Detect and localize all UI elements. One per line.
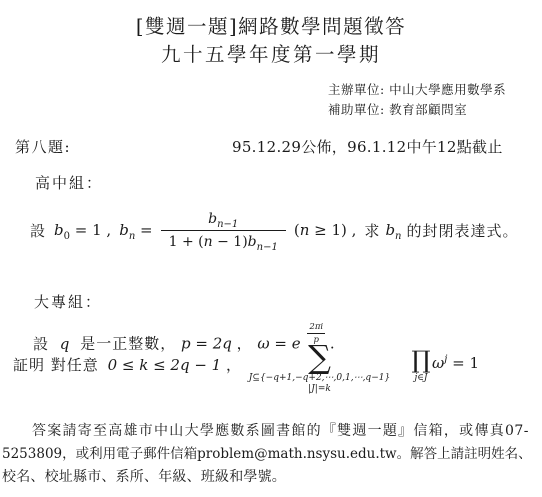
footer-line-1: 答案請寄至高雄市中山大學應數系圖書館的『雙週一題』信箱，或傳真07- <box>2 420 529 443</box>
fraction-denominator: 1 + (n − 1)bn−1 <box>161 231 286 250</box>
summation-operator: ∑ <box>246 341 393 373</box>
math-bn-term: bn <box>385 221 401 239</box>
math-b0-equation: b0 = 1 , <box>54 221 111 239</box>
math-summation: ∑ J⊆{−q+1,−q+2,⋯,0,1,⋯,q−1} |J|=k <box>246 341 393 395</box>
footer-line-2: 5253809，或利用電子郵件信箱problem@math.nsysu.edu.… <box>2 443 529 466</box>
math-subscript: n <box>129 231 135 242</box>
math-p-definition: p = 2q <box>181 335 232 353</box>
math-superscript: j <box>444 354 447 365</box>
claim-prefix: 証明 對任意 <box>13 356 99 374</box>
math-term: ≥ 1) , <box>314 221 356 239</box>
problem-schedule: 95.12.29公佈，96.1.12中午12點截止 <box>232 136 503 157</box>
math-subscript: n−1 <box>217 218 238 229</box>
document-page: [雙週一題]網路數學問題徵答 九十五學年度第一學期 主辦單位: 中山大學應用數學… <box>0 0 542 497</box>
math-bn-equation: bn = <box>119 221 152 239</box>
math-var: q <box>60 335 70 353</box>
math-condition: (n ≥ 1) , <box>294 221 357 239</box>
section-label-high-school: 高中組： <box>35 172 103 193</box>
math-equals: = <box>140 221 153 239</box>
page-subtitle: 九十五學年度第一學期 <box>0 39 542 67</box>
fraction-numerator: bn−1 <box>161 211 286 231</box>
math-subscript: n−1 <box>257 241 278 252</box>
footer-line-3: 校名、校址縣市、系所、年級、班級和學號。 <box>2 466 529 489</box>
math-fraction: bn−1 1 + (n − 1)bn−1 <box>161 211 286 250</box>
support-line: 補助單位: 教育部顧問室 <box>328 100 506 120</box>
math-var: n <box>204 234 213 250</box>
math-subscript: 0 <box>64 231 70 242</box>
exponent-numerator: 2πi <box>307 323 325 334</box>
math-equals-one: = 1 <box>452 354 479 372</box>
math-seek-word: 求 <box>364 220 380 241</box>
math-subscript: n <box>395 231 401 242</box>
math-term: 1 + ( <box>169 234 204 250</box>
math-var: b <box>248 234 257 250</box>
math-claim-result: ωj = 1 <box>432 354 479 372</box>
math-term: − 1) <box>217 234 248 250</box>
math-omega: ω <box>432 354 444 372</box>
problem-number-label: 第八題: <box>15 136 71 157</box>
footer-instructions: 答案請寄至高雄市中山大學應數系圖書館的『雙週一題』信箱，或傳真07- 52538… <box>2 420 529 490</box>
high-school-problem-formula: 設 b0 = 1 , bn = bn−1 1 + (n − 1)bn−1 (n … <box>30 205 519 255</box>
section-label-college: 大專組： <box>34 291 102 312</box>
math-var: b <box>385 221 395 239</box>
math-var: b <box>119 221 129 239</box>
product-limit: j∈J <box>405 373 437 384</box>
setup-text: 是一正整數， <box>80 335 176 353</box>
fullwidth-comma: ， <box>226 356 242 374</box>
summation-limit-cardinality: |J|=k <box>246 384 393 395</box>
math-let-word: 設 <box>30 220 46 241</box>
math-var: b <box>54 221 64 239</box>
math-equals: = 1 , <box>75 221 111 239</box>
math-var: n <box>300 221 310 239</box>
formula-tail-text: 的封閉表達式。 <box>407 220 519 241</box>
math-range: 0 ≤ k ≤ 2q − 1 <box>108 356 222 374</box>
summation-limit-set: J⊆{−q+1,−q+2,⋯,0,1,⋯,q−1} <box>246 373 393 384</box>
math-let-word: 設 <box>33 335 49 353</box>
college-claim-text: 証明 對任意 0 ≤ k ≤ 2q − 1 ， <box>13 354 242 375</box>
math-var: b <box>208 211 217 227</box>
page-title: [雙週一題]網路數學問題徵答 <box>0 11 542 39</box>
organizer-line: 主辦單位: 中山大學應用數學系 <box>328 80 506 100</box>
sponsor-block: 主辦單位: 中山大學應用數學系 補助單位: 教育部顧問室 <box>328 80 506 119</box>
